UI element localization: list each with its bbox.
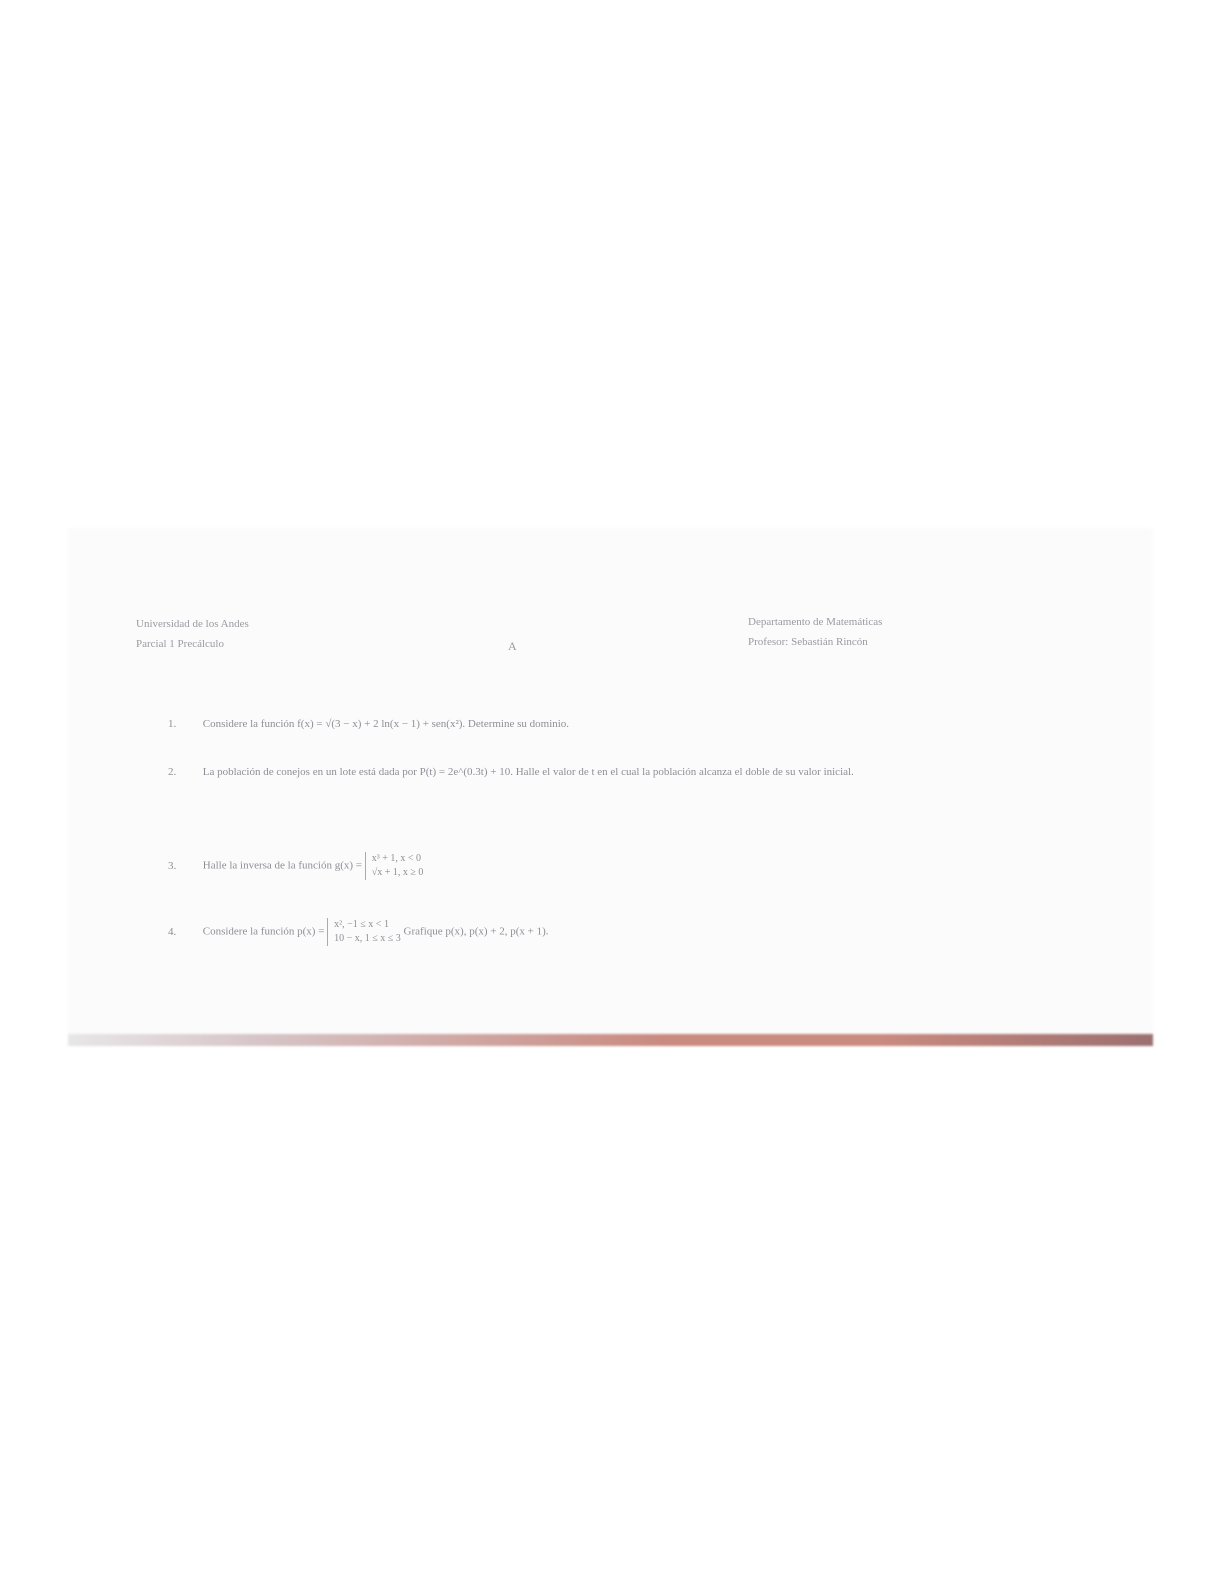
professor-name: Profesor: Sebastián Rincón — [748, 632, 882, 652]
header-right: Departamento de Matemáticas Profesor: Se… — [748, 612, 882, 652]
header-left: Universidad de los Andes Parcial 1 Precá… — [136, 614, 249, 654]
question-4: 4. Considere la función p(x) = x², −1 ≤ … — [168, 918, 549, 946]
question-2: 2. La población de conejos en un lote es… — [168, 762, 1098, 782]
question-1: 1. Considere la función f(x) = √(3 − x) … — [168, 714, 569, 734]
exam-title: Parcial 1 Precálculo — [136, 634, 249, 654]
university-name: Universidad de los Andes — [136, 614, 249, 634]
question-text: Considere la función f(x) = √(3 − x) + 2… — [203, 718, 569, 730]
question-3: 3. Halle la inversa de la función g(x) =… — [168, 852, 423, 880]
exam-version: A — [508, 636, 517, 656]
piecewise-definition: x², −1 ≤ x < 1 10 − x, 1 ≤ x ≤ 3 — [327, 918, 401, 946]
department-name: Departamento de Matemáticas — [748, 612, 882, 632]
question-text: La población de conejos en un lote está … — [203, 766, 854, 778]
piecewise-definition: x³ + 1, x < 0 √x + 1, x ≥ 0 — [365, 852, 424, 880]
question-text: Halle la inversa de la función g(x) = — [203, 860, 362, 872]
page-bottom-edge — [68, 1034, 1153, 1046]
photographed-page — [68, 528, 1153, 1036]
question-text: Considere la función p(x) = — [203, 926, 325, 938]
question-tail: Grafique p(x), p(x) + 2, p(x + 1). — [404, 926, 549, 938]
